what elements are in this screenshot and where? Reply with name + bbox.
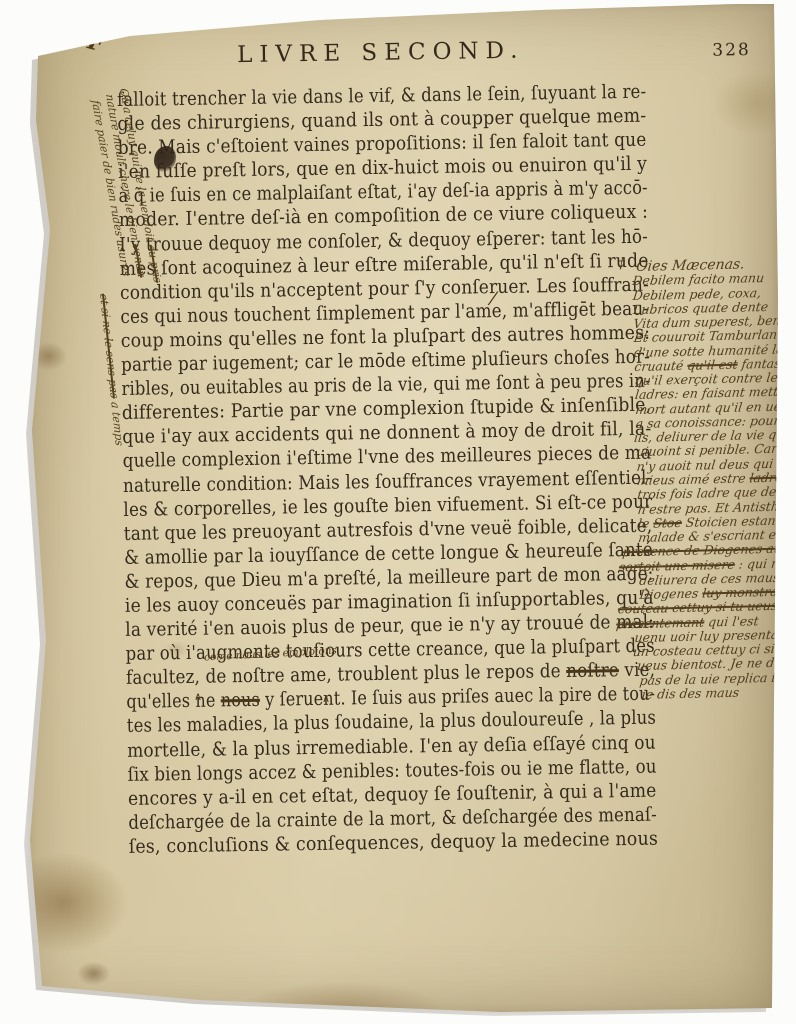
text-segment: ie dis des maus <box>641 685 740 702</box>
page-number: 328 <box>712 40 751 61</box>
caret-mark-icon: ∧ <box>322 692 330 705</box>
book-page: LIVRE SECOND. 328 falloit trencher la vi… <box>26 2 778 1014</box>
text-segment: : qui me <box>734 555 791 571</box>
text-segment: qu'elles ne <box>126 690 221 713</box>
right-margin-notes: Oies Mæcenas.Debilem facito manuDebilem … <box>632 256 796 702</box>
struck-word: nous <box>221 689 260 712</box>
running-header-title: LIVRE SECOND. <box>116 36 645 70</box>
scan-background: LIVRE SECOND. 328 falloit trencher la vi… <box>0 0 796 1024</box>
struck-word: noſtre <box>566 659 619 682</box>
insertion-dagger-icon: † <box>618 256 625 272</box>
margin-note-line: ie dis des maus <box>641 684 796 702</box>
struck-word: et si ne le sens pas <box>97 294 121 399</box>
caret-mark-icon: ∧ <box>194 690 202 703</box>
paraph-mark-icon: F <box>85 28 106 57</box>
